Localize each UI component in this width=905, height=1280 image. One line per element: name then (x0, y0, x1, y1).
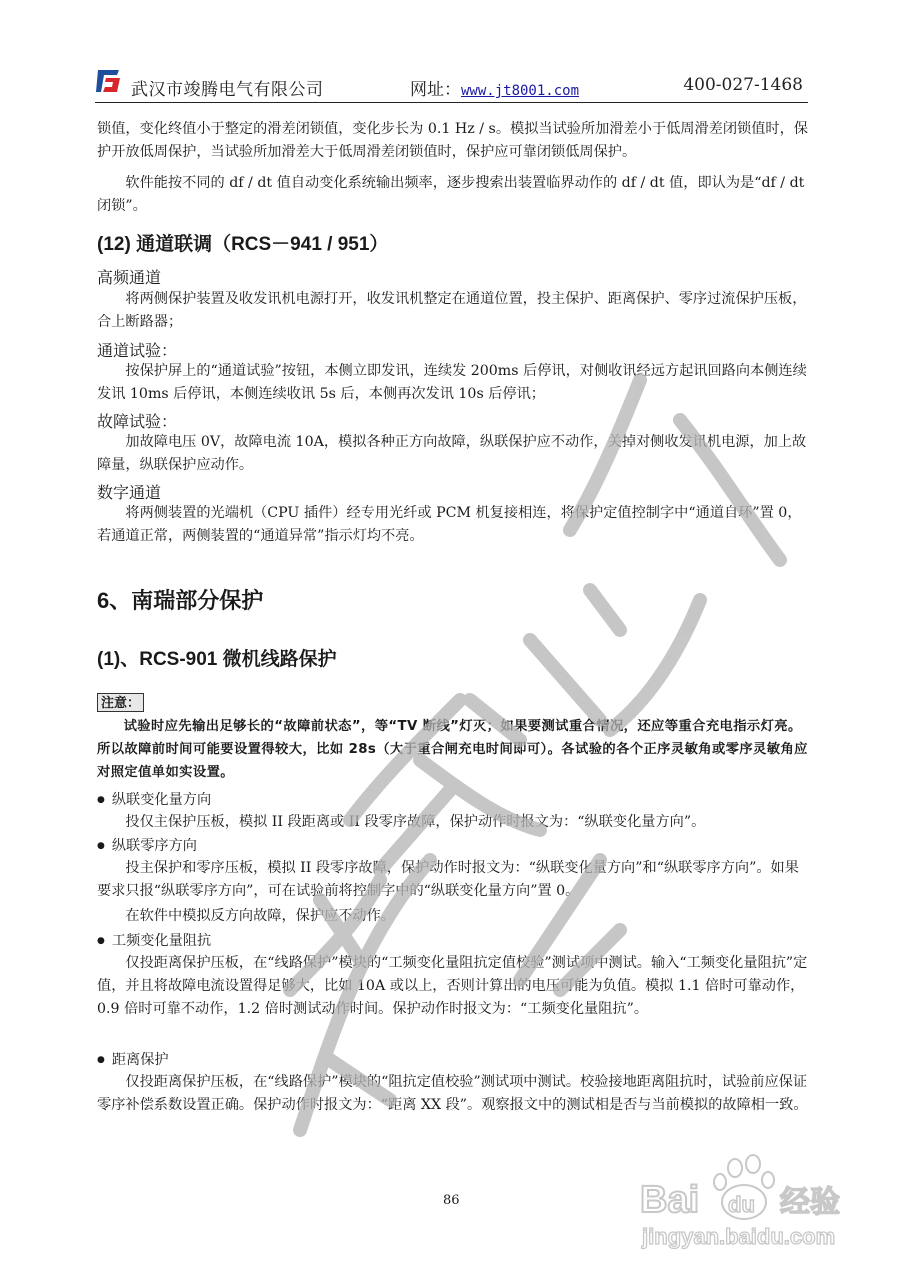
svg-text:du: du (728, 1192, 755, 1217)
bullet-item-2-text: 投主保护和零序压板，模拟 II 段零序故障，保护动作时报文为：“纵联变化量方向”… (97, 857, 809, 903)
section-12-title: (12) 通道联调（RCS－941 / 951） (97, 229, 388, 256)
channel-test-heading: 通道试验： (97, 338, 177, 361)
bullet-item-3-text: 仅投距离保护压板，在“线路保护”模块的“工频变化量阻抗定值校验”测试项中测试。输… (97, 952, 809, 1021)
hf-channel-heading: 高频通道 (97, 265, 161, 288)
baidu-paw-icon: Bai du 经验 jingyan.baidu.com (640, 1150, 860, 1250)
digital-channel-heading: 数字通道 (97, 480, 161, 503)
bullet-item-2-text2: 在软件中模拟反方向故障，保护应不动作。 (97, 905, 809, 928)
digital-channel-text: 将两侧装置的光端机（CPU 插件）经专用光纤或 PCM 机复接相连，将保护定值控… (97, 502, 809, 548)
website: 网址：www.jt8001.com (410, 75, 579, 100)
bullet-item-1-title: 纵联变化量方向 (97, 789, 211, 809)
bullet-item-2-title: 纵联零序方向 (97, 835, 197, 855)
note-text: 试验时应先输出足够长的“故障前状态”，等“TV 断线”灯灭；如果要测试重合情况，… (97, 715, 809, 784)
channel-test-text: 按保护屏上的“通道试验”按钮，本侧立即发讯，连续发 200ms 后停讯，对侧收讯… (97, 360, 809, 406)
company-logo-icon (95, 68, 121, 94)
intro-paragraph-1: 锁值，变化终值小于整定的滑差闭锁值，变化步长为 0.1 Hz / s。模拟当试验… (97, 118, 809, 164)
website-label: 网址： (410, 80, 461, 100)
note-label: 注意： (97, 693, 144, 712)
page-header: 武汉市竣腾电气有限公司 网址：www.jt8001.com 400-027-14… (95, 66, 807, 100)
header-divider (95, 102, 808, 103)
bullet-item-4-title: 距离保护 (97, 1049, 169, 1069)
svg-text:经验: 经验 (780, 1185, 840, 1220)
hf-channel-text: 将两侧保护装置及收发讯机电源打开，收发讯机整定在通道位置，投主保护、距离保护、零… (97, 288, 809, 334)
svg-text:jingyan.baidu.com: jingyan.baidu.com (641, 1224, 835, 1249)
website-link[interactable]: www.jt8001.com (461, 83, 579, 99)
baidu-brand-text: Bai (640, 1179, 699, 1221)
fault-test-heading: 故障试验： (97, 409, 177, 432)
bullet-item-3-title: 工频变化量阻抗 (97, 930, 211, 950)
bullet-item-1-text: 投仅主保护压板，模拟 II 段距离或 II 段零序故障，保护动作时报文为：“纵联… (97, 811, 809, 834)
document-page: 武汉市竣腾电气有限公司 网址：www.jt8001.com 400-027-14… (0, 0, 905, 1280)
section-6-title: 6、南瑞部分保护 (97, 584, 263, 615)
baidu-jingyan-watermark: Bai du 经验 jingyan.baidu.com (640, 1150, 860, 1250)
page-number: 86 (443, 1193, 460, 1208)
rcs901-title: (1)、RCS-901 微机线路保护 (97, 644, 337, 671)
intro-paragraph-2: 软件能按不同的 df / dt 值自动变化系统输出频率，逐步搜索出装置临界动作的… (97, 172, 809, 218)
phone-number: 400-027-1468 (683, 75, 803, 95)
fault-test-text: 加故障电压 0V，故障电流 10A，模拟各种正方向故障，纵联保护应不动作，关掉对… (97, 431, 809, 477)
company-name: 武汉市竣腾电气有限公司 (131, 75, 324, 100)
bullet-item-4-text: 仅投距离保护压板，在“线路保护”模块的“阻抗定值校验”测试项中测试。校验接地距离… (97, 1071, 809, 1117)
